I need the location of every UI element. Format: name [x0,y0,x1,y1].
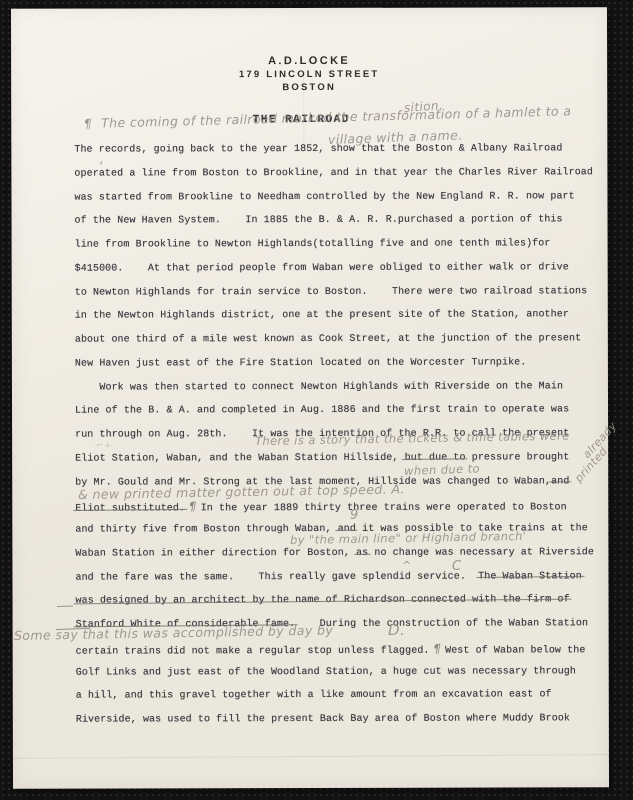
struck-text: Eliot substituted. [75,504,185,515]
typed-line-15: by Mr. Gould and Mr. Strong at the last … [75,476,569,489]
typed-text: to Newton Highlands for train service to… [75,286,588,298]
typed-text: and the fare was the same. This really g… [75,571,478,583]
typed-text: Line of the B. & A. and completed in Aug… [75,405,569,417]
typed-line-23: Golf Links and just east of the Woodland… [76,666,576,679]
typed-text: During the construction of the Waban Sta… [295,618,588,630]
typed-text: certain trains did not make a regular st… [76,645,430,657]
typed-text: Waban Station in either direction for Bo… [75,548,356,560]
struck-text: Stanford White of considerable fame. [76,619,296,631]
typed-line-21: Stanford White of considerable fame. Dur… [76,618,589,631]
struck-text: was designed by an architect by the name… [76,595,570,607]
typed-text: In the year 1889 thirty three trains wer… [201,503,567,515]
struck-text: The Waban Station [478,571,582,582]
letterhead-name: A.D.LOCKE [11,54,607,68]
typed-text: $415000. At that period people from Waba… [75,262,569,274]
typed-text: Eliot Station, Waban, and the Waban Stat… [75,453,404,465]
letterhead-city: BOSTON [11,81,607,94]
typed-line-24: a hill, and this gravel together with a … [76,690,552,703]
handwritten-pilcrow: ¶ [429,641,445,655]
typed-text: Work was then started to connect Newton … [75,381,563,393]
typed-line-17: and thirty five from Boston through Waba… [75,523,588,536]
document-title: THE RAILROAD [3,113,599,127]
typed-text: line from Brookline to Newton Highlands(… [75,238,551,250]
typed-line-13: run through on Aug. 28th. It was the int… [75,428,569,441]
typed-line-11: Work was then started to connect Newton … [75,381,563,394]
typed-text: it was possible to take trains at the [356,523,588,535]
struck-text: and [551,476,569,487]
paper-crease-horizontal [13,754,609,759]
typed-line-9: about one third of a mile west known as … [75,333,581,346]
typed-text: about one third of a mile west known as … [75,333,581,345]
paper-sheet: A.D.LOCKE 179 LINCOLN STREET BOSTON THE … [11,7,609,789]
typed-line-4: of the New Haven System. In 1885 the B. … [75,215,563,228]
typed-text: a hill, and this gravel together with a … [76,690,552,702]
typed-text: no change was necessary at Riverside [368,547,594,559]
typed-line-3: was started from Brookline to Needham co… [74,191,574,204]
photo-of-typed-letter: A.D.LOCKE 179 LINCOLN STREET BOSTON THE … [0,0,633,800]
typed-line-20: was designed by an architect by the name… [76,595,570,608]
typed-text: New Haven just east of the Fire Station … [75,357,527,369]
typed-text: West of Waban below the [445,645,585,656]
typed-line-19: and the fare was the same. This really g… [75,571,581,584]
typed-text: and thirty five from Boston through Waba… [75,524,337,536]
typed-line-10: New Haven just east of the Fire Station … [75,357,527,370]
letterhead: A.D.LOCKE 179 LINCOLN STREET BOSTON [11,54,607,94]
typed-text: of the New Haven System. In 1885 the B. … [75,215,563,227]
struck-text: as [356,548,368,559]
typed-text: in the Newton Highlands district, one at… [75,310,569,322]
typed-line-5: line from Brookline to Newton Highlands(… [75,238,551,251]
typed-text: by Mr. Gould and Mr. Strong at the last … [75,476,551,488]
letterhead-street: 179 LINCOLN STREET [11,68,607,81]
typed-lines: The records, going back to the year 1852… [74,7,604,8]
typed-text: Golf Links and just east of the Woodland… [76,666,576,678]
typed-line-18: Waban Station in either direction for Bo… [75,547,594,560]
typed-line-25: Riverside, was used to fill the present … [76,713,570,726]
typed-text: pressure brought [466,452,570,463]
handwritten-pilcrow: ¶ [185,500,201,514]
typed-text: operated a line from Boston to Brookline… [74,167,593,179]
struck-text: and [338,524,356,535]
typed-line-6: $415000. At that period people from Waba… [75,262,569,275]
struck-text: but due to [405,452,466,463]
typed-line-14: Eliot Station, Waban, and the Waban Stat… [75,452,569,465]
typed-line-22: certain trains did not make a regular st… [76,642,586,658]
typed-text: Riverside, was used to fill the present … [76,713,570,725]
typed-line-8: in the Newton Highlands district, one at… [75,310,569,323]
typed-line-12: Line of the B. & A. and completed in Aug… [75,405,569,418]
typed-line-2: operated a line from Boston to Brookline… [74,167,593,180]
typed-text: The records, going back to the year 1852… [74,143,562,155]
typed-text: was started from Brookline to Needham co… [74,191,574,203]
typed-line-1: The records, going back to the year 1852… [74,143,562,156]
typed-line-16: Eliot substituted. ¶ In the year 1889 th… [75,500,567,516]
typed-text: run through on Aug. 28th. It was the int… [75,428,569,440]
typed-line-7: to Newton Highlands for train service to… [75,286,588,299]
